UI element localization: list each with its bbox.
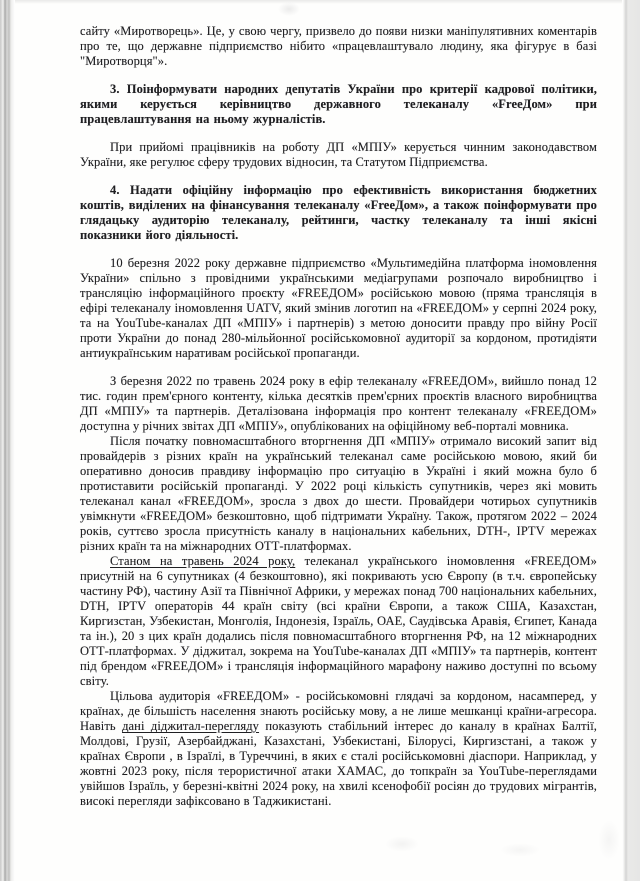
scan-edge-right — [622, 0, 640, 881]
scanned-document-page: сайту «Миротворець». Це, у свою чергу, п… — [0, 0, 640, 881]
paragraph-item-3: 3. Поінформувати народних депутатів Укра… — [80, 82, 597, 127]
scan-smudge — [385, 836, 419, 852]
paragraph-hiring-law: При прийомі працівників на роботу ДП «МП… — [80, 140, 597, 170]
text-run: Після початку повномасштабного вторгненн… — [80, 434, 597, 553]
scan-smudge — [598, 820, 620, 860]
underlined-text-run: Станом на травень 2024 року, — [110, 554, 295, 568]
scan-edge-top — [0, 0, 640, 4]
paragraph-target-audience: Цільова аудиторія «FREEДОМ» - російськом… — [80, 689, 597, 809]
underlined-text-run: дані діджитал-перегляду — [122, 719, 259, 733]
paragraph-launch-2022: 10 березня 2022 року державне підприємст… — [80, 256, 597, 361]
text-run: 3. Поінформувати народних депутатів Укра… — [80, 82, 597, 126]
document-text-block: сайту «Миротворець». Це, у свою чергу, п… — [80, 24, 597, 809]
paragraph-content-volume: З березня 2022 по травень 2024 року в еф… — [80, 374, 597, 434]
text-run: При прийомі працівників на роботу ДП «МП… — [80, 140, 597, 169]
text-run: 10 березня 2022 року державне підприємст… — [80, 256, 597, 360]
text-run: З березня 2022 по травень 2024 року в еф… — [80, 374, 597, 433]
scan-smudge — [500, 843, 540, 857]
scan-smudge — [278, 2, 300, 16]
paragraph-item-4: 4. Надати офіційну інформацію про ефекти… — [80, 183, 597, 243]
paragraph-coverage-may-2024: Станом на травень 2024 року, телеканал у… — [80, 554, 597, 689]
paragraph-continuation: сайту «Миротворець». Це, у свою чергу, п… — [80, 24, 597, 69]
scan-edge-left — [0, 0, 15, 881]
text-run: сайту «Миротворець». Це, у свою чергу, п… — [80, 24, 597, 68]
text-run: 4. Надати офіційну інформацію про ефекти… — [80, 183, 597, 242]
paragraph-satellites-growth: Після початку повномасштабного вторгненн… — [80, 434, 597, 554]
text-run: телеканал українського іномовлення «FREE… — [80, 554, 597, 688]
